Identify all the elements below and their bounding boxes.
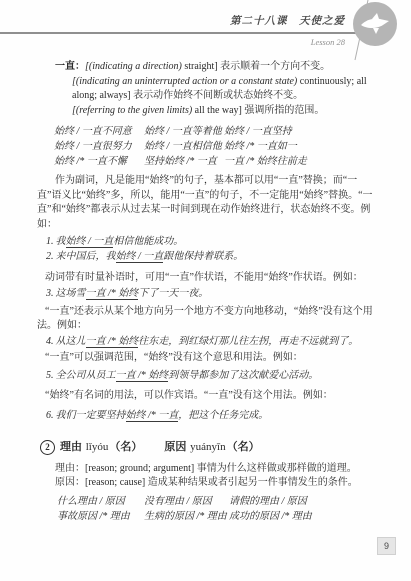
liyou-definition-block: 理由：[reason; ground; argument] 事情为什么这样做或那… [37, 462, 378, 491]
example-sentence-6: 6.我们一定要坚持始终 /* 一直，把这个任务完成。 [37, 408, 378, 423]
chinese-gloss: 造成某种结果或者引起另一件事情发生的条件。 [148, 477, 358, 488]
explanation-paragraph: 动词带有时量补语时，可用“一直”作状语，不能用“始终”作状语。例如： [37, 271, 378, 286]
collocation-row: 始终 / 一直不同意 始终 / 一直等着他 始终 / 一直坚持 [37, 125, 378, 140]
collocation-cell: 什么理由 / 原因 [57, 495, 144, 510]
collocation-row: 事故原因 /* 理由 生病的原因 /* 理由 成功的原因 /* 理由 [37, 510, 378, 525]
collocation-grid-yizhi: 始终 / 一直不同意 始终 / 一直等着他 始终 / 一直坚持 始终 / 一直很… [37, 125, 378, 169]
example-sentence-1: 1.我始终 / 一直相信他能成功。 [37, 234, 378, 249]
example-text: 到领导都参加了这次献爱心活动。 [168, 370, 318, 381]
pinyin: lǐyóu [86, 440, 109, 455]
example-text: 这场雪 [56, 288, 86, 299]
collocation-cell: 生病的原因 /* 理由 [144, 510, 229, 525]
collocation-row: 始终 / 一直很努力 始终 / 一直相信他 始终 /* 一直如一 [37, 140, 378, 155]
dove-badge [353, 2, 397, 46]
collocation-cell: 没有理由 / 原因 [144, 495, 229, 510]
collocation-cell: 成功的原因 /* 理由 [229, 510, 312, 525]
part-of-speech: （名） [227, 440, 260, 455]
english-gloss: all the way] [195, 105, 245, 116]
collocation-grid-liyou: 什么理由 / 原因 没有理由 / 原因 请假的理由 / 原因 事故原因 /* 理… [37, 495, 378, 524]
pinyin: yuányīn [190, 440, 225, 455]
collocation-row: 始终 /* 一直不懈 坚持始终 /* 一直 一直 /* 始终往前走 [37, 155, 378, 170]
collocation-cell: 始终 / 一直坚持 [224, 125, 292, 140]
underlined-phrase: 一直 /* 始终 [116, 370, 169, 382]
chinese-gloss: 表示动作始终不间断或状态始终不变。 [133, 90, 303, 101]
chapter-title: 第二十八课 天使之爱 [230, 13, 345, 28]
collocation-cell: 坚持始终 /* 一直 [144, 155, 224, 170]
definition-line: [(indicating an uninterrupted action or … [37, 75, 378, 104]
underlined-phrase: 始终 / 一直 [116, 251, 164, 263]
definition-line: 一直：[(indicating a direction) straight] 表… [37, 60, 378, 75]
example-sentence-4: 4.从这儿一直 /* 始终往东走，到红绿灯那儿往左拐，再走不远就到了。 [37, 334, 378, 349]
example-text: 下了一天一夜。 [138, 288, 208, 299]
collocation-cell: 请假的理由 / 原因 [229, 495, 307, 510]
example-text: ，把这个任务完成。 [178, 410, 268, 421]
example-text: 从这儿 [56, 336, 86, 347]
example-text: 我 [56, 236, 66, 247]
example-number: 2. [46, 251, 54, 262]
underlined-phrase: 一直 /* 始终 [86, 288, 139, 300]
term: 原因： [55, 477, 85, 488]
english-gloss-italic: [(indicating an uninterrupted action or … [72, 76, 300, 87]
example-number: 3. [46, 288, 54, 299]
dove-icon [358, 7, 392, 41]
example-text: 来中国后，我 [56, 251, 116, 262]
explanation-paragraph: “一直”可以强调范围，“始终”没有这个意思和用法。例如： [37, 351, 378, 366]
header-rule [0, 32, 358, 34]
underlined-phrase: 始终 / 一直 [66, 236, 114, 248]
english-gloss-italic: [(indicating a direction) [85, 61, 184, 72]
collocation-cell: 始终 / 一直很努力 [54, 140, 144, 155]
example-text: 我们一定要坚持 [56, 410, 126, 421]
example-text: 相信他能成功。 [113, 236, 183, 247]
section-number-circle: 2 [40, 440, 55, 455]
headword: 原因 [164, 440, 186, 455]
collocation-cell: 始终 /* 一直如一 [224, 140, 297, 155]
yizhi-definition-block: 一直：[(indicating a direction) straight] 表… [37, 60, 378, 118]
definition-line: 原因：[reason; cause] 造成某种结果或者引起另一件事情发生的条件。 [37, 476, 378, 491]
collocation-cell: 始终 / 一直不同意 [54, 125, 144, 140]
headword: 理由 [60, 440, 82, 455]
example-number: 1. [46, 236, 54, 247]
definition-line: [(referring to the given limits) all the… [37, 104, 378, 119]
example-number: 5. [46, 370, 54, 381]
english-gloss: straight] [184, 61, 220, 72]
headword: 一直： [55, 61, 85, 72]
chinese-gloss: 表示顺着一个方向不变。 [220, 61, 330, 72]
english-gloss: [reason; cause] [85, 477, 148, 488]
collocation-cell: 事故原因 /* 理由 [57, 510, 144, 525]
textbook-page: 第二十八课 天使之爱 Lesson 28 一直：[(indicating a d… [0, 0, 411, 581]
collocation-cell: 一直 /* 始终往前走 [224, 155, 307, 170]
collocation-cell: 始终 / 一直相信他 [144, 140, 224, 155]
page-content: 一直：[(indicating a direction) straight] 表… [37, 60, 378, 524]
explanation-paragraph: “始终”有名词的用法，可以作宾语。“一直”没有这个用法。例如： [37, 389, 378, 404]
example-text: 全公司从员工 [56, 370, 116, 381]
term: 理由： [55, 463, 85, 474]
example-sentence-3: 3.这场雪一直 /* 始终下了一天一夜。 [37, 286, 378, 301]
chinese-gloss: 强调所指的范围。 [244, 105, 324, 116]
collocation-cell: 始终 / 一直等着他 [144, 125, 224, 140]
example-sentence-2: 2.来中国后，我始终 / 一直跟他保持着联系。 [37, 249, 378, 264]
example-sentence-5: 5.全公司从员工一直 /* 始终到领导都参加了这次献爱心活动。 [37, 368, 378, 383]
collocation-row: 什么理由 / 原因 没有理由 / 原因 请假的理由 / 原因 [37, 495, 378, 510]
underlined-phrase: 一直 /* 始终 [86, 336, 139, 348]
explanation-paragraph: 作为副词，凡是能用“始终”的句子，基本都可以用“一直”替换；而“一直”语义比“始… [37, 174, 378, 232]
explanation-paragraph: “一直”还表示从某个地方向另一个地方不变方向地移动，“始终”没有这个用法。例如： [37, 305, 378, 334]
english-gloss-italic: [(referring to the given limits) [72, 105, 195, 116]
collocation-cell: 始终 /* 一直不懈 [54, 155, 144, 170]
example-number: 4. [46, 336, 54, 347]
vocab-section-heading: 2 理由 lǐyóu（名） 原因 yuányīn（名） [40, 440, 378, 455]
underlined-phrase: 始终 /* 一直 [126, 410, 179, 422]
english-gloss: [reason; ground; argument] [85, 463, 197, 474]
page-number: 9 [377, 537, 396, 555]
definition-line: 理由：[reason; ground; argument] 事情为什么这样做或那… [37, 462, 378, 477]
example-text: 往东走，到红绿灯那儿往左拐，再走不远就到了。 [138, 336, 358, 347]
example-number: 6. [46, 410, 54, 421]
part-of-speech: （名） [109, 440, 142, 455]
example-text: 跟他保持着联系。 [163, 251, 243, 262]
chinese-gloss: 事情为什么这样做或那样做的道理。 [197, 463, 357, 474]
